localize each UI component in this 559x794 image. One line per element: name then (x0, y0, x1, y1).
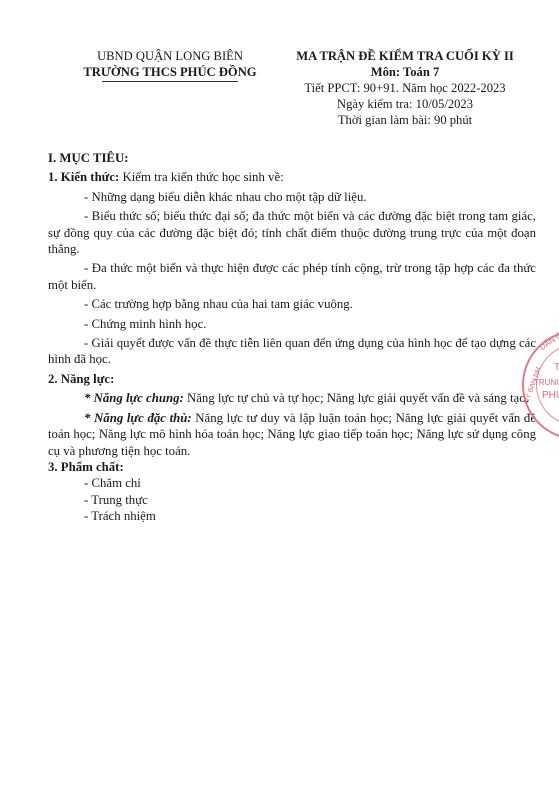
general-competence: * Năng lực chung: Năng lực tự chủ và tự … (48, 390, 536, 406)
exam-duration: Thời gian làm bài: 90 phút (270, 112, 540, 128)
knowledge-label: 1. Kiến thức: (48, 170, 119, 184)
knowledge-intro-text: Kiểm tra kiến thức học sinh về: (119, 170, 283, 184)
knowledge-item: - Đa thức một biến và thực hiện được các… (48, 260, 536, 293)
knowledge-item: - Giải quyết được vấn đề thực tiễn liên … (48, 335, 536, 368)
header-underline (102, 81, 238, 82)
stamp-text-mid3: PHÚC (542, 390, 559, 401)
general-competence-label: * Năng lực chung: (84, 391, 184, 405)
document-page: UBND QUẬN LONG BIÊN TRƯỜNG THCS PHÚC ĐỒN… (0, 0, 559, 794)
knowledge-item: - Biểu thức số; biểu thức đại số; đa thứ… (48, 208, 536, 257)
subject: Môn: Toán 7 (270, 64, 540, 80)
quality-item: - Trung thực (84, 492, 536, 508)
issuer-header: UBND QUẬN LONG BIÊN TRƯỜNG THCS PHÚC ĐỒN… (60, 48, 280, 82)
section-heading-objectives: I. MỤC TIÊU: (48, 150, 536, 166)
document-title: MA TRẬN ĐỀ KIỂM TRA CUỐI KỲ II (270, 48, 540, 64)
exam-header: MA TRẬN ĐỀ KIỂM TRA CUỐI KỲ II Môn: Toán… (270, 48, 540, 128)
stamp-text-mid1: TR (554, 362, 559, 373)
exam-date: Ngày kiểm tra: 10/05/2023 (270, 96, 540, 112)
knowledge-intro: 1. Kiến thức: Kiểm tra kiến thức học sin… (48, 169, 536, 185)
knowledge-item: - Chứng minh hình học. (48, 316, 536, 332)
competence-heading: 2. Năng lực: (48, 371, 536, 387)
school-name: TRƯỜNG THCS PHÚC ĐỒNG (60, 64, 280, 80)
specific-competence: * Năng lực đặc thù: Năng lực tư duy và l… (48, 410, 536, 459)
qualities-heading: 3. Phẩm chất: (48, 459, 536, 475)
knowledge-item: - Các trường hợp bằng nhau của hai tam g… (48, 296, 536, 312)
period-info: Tiết PPCT: 90+91. Năm học 2022-2023 (270, 80, 540, 96)
specific-competence-label: * Năng lực đặc thù: (84, 411, 192, 425)
general-competence-text: Năng lực tự chủ và tự học; Năng lực giải… (184, 391, 529, 405)
district-name: UBND QUẬN LONG BIÊN (60, 48, 280, 64)
quality-item: - Trách nhiệm (84, 508, 536, 524)
quality-item: - Chăm chỉ (84, 475, 536, 491)
qualities-list: - Chăm chỉ - Trung thực - Trách nhiệm (48, 475, 536, 524)
document-body: I. MỤC TIÊU: 1. Kiến thức: Kiểm tra kiến… (48, 150, 536, 525)
knowledge-item: - Những dạng biểu diễn khác nhau cho một… (48, 189, 536, 205)
